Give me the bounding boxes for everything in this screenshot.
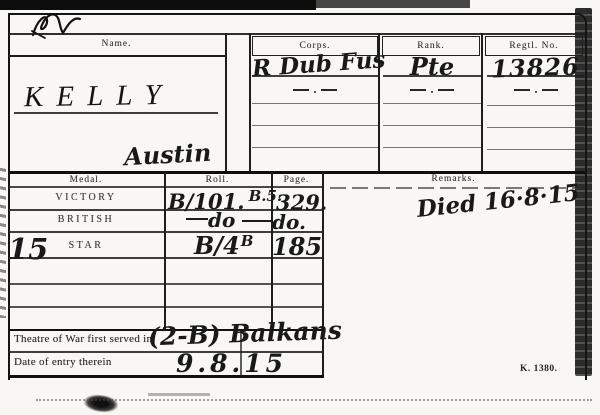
medal-row-rule bbox=[8, 257, 322, 259]
blank-ruled-line bbox=[252, 147, 379, 148]
blank-ruled-line bbox=[383, 125, 481, 126]
medal-row-star-label: STAR bbox=[8, 240, 164, 251]
date-of-entry-value: 9.8.15 bbox=[176, 349, 287, 378]
roll-column-label: Roll. bbox=[164, 175, 271, 185]
british-roll-ditto: do bbox=[186, 208, 235, 232]
gutter-divider bbox=[249, 33, 251, 172]
blank-ruled-line bbox=[487, 127, 584, 128]
blank-ruled-line bbox=[383, 147, 481, 148]
blank-ruled-line bbox=[487, 105, 584, 106]
medal-index-card-scan: Name. Corps. Rank. Regtl. No. R Dub Fus … bbox=[0, 0, 600, 415]
blank-ruled-line bbox=[252, 125, 379, 126]
blank-ruled-line bbox=[252, 103, 379, 104]
header-top-rule bbox=[8, 33, 585, 35]
scan-card-bottom-edge-dotted bbox=[36, 399, 592, 401]
blank-ruled-line bbox=[383, 103, 481, 104]
ditto-dash-mark bbox=[293, 88, 337, 92]
name-column-label: Name. bbox=[8, 39, 225, 49]
medal-column-label: Medal. bbox=[8, 175, 164, 185]
ditto-dash-mark bbox=[514, 88, 558, 92]
corps-baseline bbox=[252, 75, 379, 77]
regtl-no-label: Regtl. No. bbox=[509, 41, 558, 51]
medal-row-rule bbox=[8, 306, 322, 308]
scan-blob-bottom-left bbox=[83, 393, 119, 414]
medal-row-rule bbox=[8, 283, 322, 285]
name-header-underrule bbox=[8, 55, 226, 57]
ditto-dash-mark bbox=[410, 88, 454, 92]
rank-regtl-divider bbox=[481, 33, 483, 172]
theatre-label: Theatre of War first served in bbox=[14, 333, 152, 345]
star-roll-number: B/4 bbox=[194, 231, 240, 260]
surname-value: KELLY bbox=[24, 79, 174, 115]
scan-smudge-bottom bbox=[148, 393, 210, 396]
surname-underline bbox=[14, 112, 218, 114]
rank-value: Pte bbox=[383, 52, 481, 81]
star-roll-value: B/4B bbox=[194, 231, 253, 260]
name-corps-divider bbox=[225, 33, 227, 172]
regtl-baseline bbox=[487, 75, 584, 77]
star-roll-note: B bbox=[241, 232, 254, 250]
rank-baseline bbox=[383, 75, 481, 77]
scan-noise-left-margin bbox=[0, 168, 6, 318]
scan-edge-strip-top-right bbox=[316, 0, 470, 8]
ditto-stroke bbox=[242, 220, 272, 222]
medal-row-victory-label: VICTORY bbox=[8, 192, 164, 203]
corner-scribble-mark bbox=[30, 8, 100, 40]
rank-label: Rank. bbox=[417, 41, 444, 51]
form-code: K. 1380. bbox=[520, 364, 558, 374]
date-of-entry-label: Date of entry therein bbox=[14, 356, 112, 368]
blank-ruled-line bbox=[487, 149, 584, 150]
ditto-stroke bbox=[186, 218, 208, 220]
regtl-no-value: 13826 bbox=[487, 51, 585, 83]
forename-value: Austin bbox=[123, 138, 212, 172]
medal-row-british-label: BRITISH bbox=[8, 214, 164, 225]
page-column-label: Page. bbox=[271, 175, 322, 185]
british-roll-value: do bbox=[208, 208, 235, 232]
